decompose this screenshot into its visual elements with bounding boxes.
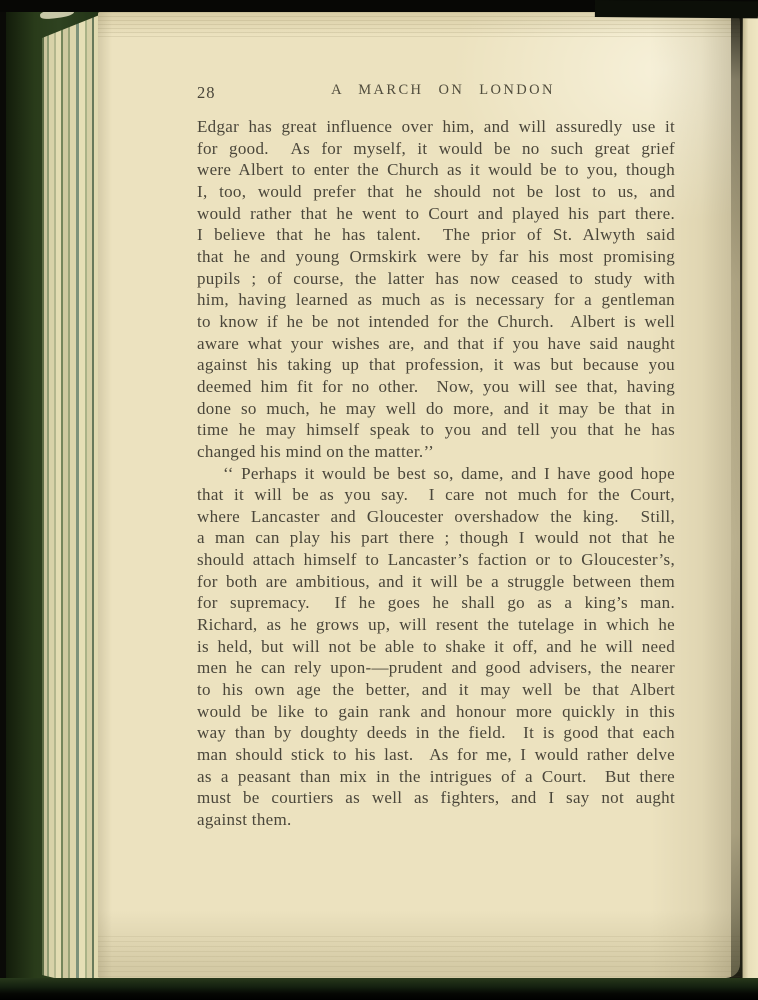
text-line: aware what your wishes are, and that if … [197, 333, 675, 355]
text-line: would rather that he went to Court and p… [197, 203, 675, 225]
text-line: against his taking up that profession, i… [197, 354, 675, 376]
text-line: Richard, as he grows up, will resent the… [197, 614, 675, 636]
text-line: that it will be as you say. I care not m… [197, 484, 675, 506]
running-title: A MARCH ON LONDON [197, 82, 675, 99]
text-line: changed his mind on the matter.’’ [197, 441, 675, 463]
text-line: I, too, would prefer that he should not … [197, 181, 675, 203]
page-number: 28 [197, 83, 216, 103]
text-line: man should stick to his last. As for me,… [197, 744, 675, 766]
page-header: 28 A MARCH ON LONDON [197, 82, 675, 104]
text-line: pupils ; of course, the latter has now c… [197, 268, 675, 290]
text-line: to know if he be not intended for the Ch… [197, 311, 675, 333]
text-line: him, having learned as much as is necess… [197, 289, 675, 311]
text-line: way than by doughty deeds in the field. … [197, 722, 675, 744]
text-line: I believe that he has talent. The prior … [197, 224, 675, 246]
background-top-band-right [595, 0, 758, 18]
page-fore-edge-shadow [731, 12, 743, 978]
book-photograph: 28 A MARCH ON LONDON Edgar has great inf… [0, 0, 758, 1000]
text-line: to his own age the better, and it may we… [197, 679, 675, 701]
text-line: for supremacy. If he goes he shall go as… [197, 592, 675, 614]
text-line: for good. As for myself, it would be no … [197, 138, 675, 160]
text-line: would be like to gain rank and honour mo… [197, 701, 675, 723]
text-line: ‘‘ Perhaps it would be best so, dame, an… [197, 463, 675, 485]
page-edges-stack [42, 8, 102, 984]
text-line: men he can rely upon-—prudent and good a… [197, 657, 675, 679]
text-line: should attach himself to Lancaster’s fac… [197, 549, 675, 571]
text-line: a man can play his part there ; though I… [197, 527, 675, 549]
text-line: must be courtiers as well as fighters, a… [197, 787, 675, 809]
book-page: 28 A MARCH ON LONDON Edgar has great inf… [98, 12, 740, 978]
text-line: for both are ambitious, and it will be a… [197, 571, 675, 593]
body-text: Edgar has great influence over him, and … [197, 116, 675, 831]
text-line: that he and young Ormskirk were by far h… [197, 246, 675, 268]
text-line: where Lancaster and Gloucester overshado… [197, 506, 675, 528]
book-cover-bottom [0, 978, 758, 1000]
text-line: were Albert to enter the Church as it wo… [197, 159, 675, 181]
page-bottom-scan-texture [98, 936, 740, 978]
text-line: against them. [197, 809, 675, 831]
text-line: deemed him fit for no other. Now, you wi… [197, 376, 675, 398]
text-line: as a peasant than mix in the intrigues o… [197, 766, 675, 788]
text-line: is held, but will not be able to shake i… [197, 636, 675, 658]
text-line: time he may himself speak to you and tel… [197, 419, 675, 441]
text-line: done so much, he may well do more, and i… [197, 398, 675, 420]
text-line: Edgar has great influence over him, and … [197, 116, 675, 138]
next-page-edge [742, 14, 758, 984]
